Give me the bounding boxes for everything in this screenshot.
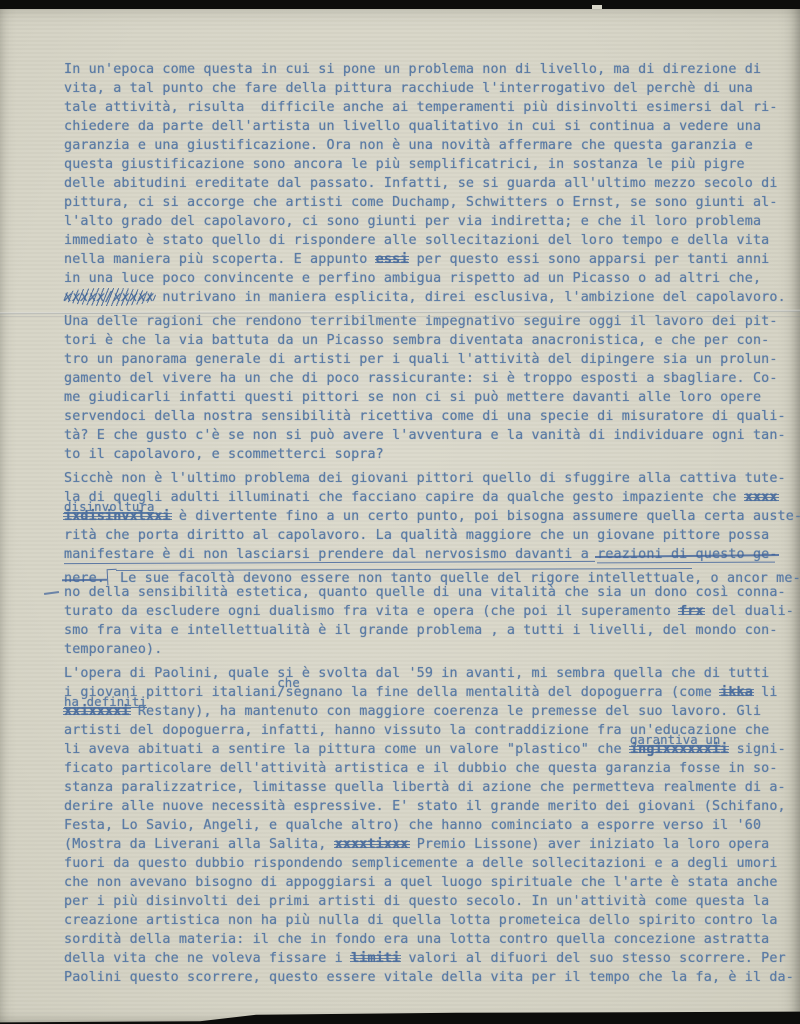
correction-group: ha definitixxixxxxi (64, 704, 130, 719)
text-line: to il capolavoro, e scommetterci sopra? (64, 447, 776, 466)
paragraph: Sicchè non è l'ultimo problema dei giova… (64, 471, 776, 661)
text-run: Sicchè non è l'ultimo problema dei giova… (64, 471, 786, 486)
text-run: valori al difuori del suo stesso scorrer… (400, 951, 786, 966)
text-line: tro un panorama generale di artisti per … (64, 352, 776, 371)
text-run: no della sensibilità estetica, quanto qu… (64, 585, 786, 600)
text-line: me giudicarli infatti questi pittori se … (64, 390, 776, 409)
text-run: li aveva abituati a sentire la pittura c… (64, 742, 630, 757)
text-run: garanzia e una giustificazione. Ora non … (64, 138, 753, 153)
text-run: è divertente fino a un certo punto, poi … (171, 509, 800, 524)
text-line: (Mostra da Liverani alla Salita, xxxxtix… (64, 837, 776, 856)
typewritten-text-block: In un'epoca come questa in cui si pone u… (64, 62, 776, 994)
text-line: no della sensibilità estetica, quanto qu… (64, 585, 776, 604)
text-line: turato da escludere ogni dualismo fra vi… (64, 604, 776, 623)
text-run: creazione artistica non ha più nulla di … (64, 913, 778, 928)
text-run: Festa, Lo Savio, Angeli, e qualche altro… (64, 818, 761, 833)
struck-text: xxxxtixxx (335, 837, 409, 852)
pen-strike-text: reazioni di questo ge- (597, 547, 777, 562)
text-run: temporaneo). (64, 642, 162, 657)
text-line: Una delle ragioni che rendono terribilme… (64, 314, 776, 333)
text-run: vita, a tal punto che fare della pittura… (64, 81, 753, 96)
struck-text: ingixxxxxxii (630, 742, 728, 757)
text-line: manifestare è di non lasciarsi prendere … (64, 547, 776, 566)
struck-text: ixdisinvxlxxi (64, 509, 171, 524)
margin-pen-dash (44, 591, 59, 595)
text-line: per i più disinvolti dei primi artisti d… (64, 894, 776, 913)
struck-text: essi (376, 252, 409, 267)
struck-text: ikka (720, 685, 753, 700)
text-line: pittura, ci si accorge che artisti come … (64, 195, 776, 214)
text-line: sordità della materia: il che in fondo e… (64, 932, 776, 951)
text-line: tà? E che gusto c'è se non si può avere … (64, 428, 776, 447)
text-line: Festa, Lo Savio, Angeli, e qualche altro… (64, 818, 776, 837)
text-line: disinvolturaixdisinvxlxxi è divertente f… (64, 509, 776, 528)
correction-group: disinvolturaixdisinvxlxxi (64, 509, 171, 524)
scanner-edge-top (0, 0, 800, 9)
pen-over-text: Le sue facoltà devono essere non tanto q… (120, 571, 702, 586)
text-run: derire alle nuove necessità espressive. … (64, 799, 786, 814)
correction-group: garantiva uningixxxxxxii (630, 742, 728, 757)
text-run: rità che porta diritto al capolavoro. La… (64, 528, 769, 543)
text-run: per questo essi sono apparsi per tanti a… (408, 252, 769, 267)
struck-text: xxxx (745, 490, 778, 505)
text-line: questa giustificazione sono ancora le pi… (64, 157, 776, 176)
text-run: (Mostra da Liverani alla Salita, (64, 837, 335, 852)
text-run: o ancor me- (702, 571, 800, 586)
text-line: in una luce poco convincente e perfino a… (64, 271, 776, 290)
text-run: Paolini questo scorrere, questo essere v… (64, 970, 794, 985)
text-run: nella maniera più scoperta. E appunto (64, 252, 376, 267)
text-run: Una delle ragioni che rendono terribilme… (64, 314, 778, 329)
text-line: la di quegli adulti illuminati che facci… (64, 490, 776, 509)
text-line: servendoci della nostra sensibilità rice… (64, 409, 776, 428)
text-line: derire alle nuove necessità espressive. … (64, 799, 776, 818)
text-line: li aveva abituati a sentire la pittura c… (64, 742, 776, 761)
text-run: che non avevano bisogno di appoggiarsi a… (64, 875, 778, 890)
text-run: chiedere da parte dell'artista un livell… (64, 119, 761, 134)
text-line: temporaneo). (64, 642, 776, 661)
typed-insertion: che (277, 676, 300, 690)
text-line: stanza paralizzatrice, limitasse quella … (64, 780, 776, 799)
text-run: Premio Lissone) aver iniziato la loro op… (409, 837, 770, 852)
text-run: servendoci della nostra sensibilità rice… (64, 409, 786, 424)
text-line: Paolini questo scorrere, questo essere v… (64, 970, 776, 989)
paragraph: L'opera di Paolini, quale si è svolta da… (64, 666, 776, 989)
text-run: delle abitudini ereditate dal passato. I… (64, 176, 778, 191)
text-run: to il capolavoro, e scommetterci sopra? (64, 447, 384, 462)
text-line: immediato è stato quello di rispondere a… (64, 233, 776, 252)
text-run: del duali- (704, 604, 794, 619)
text-line: garanzia e una giustificazione. Ora non … (64, 138, 776, 157)
text-line: L'opera di Paolini, quale si è svolta da… (64, 666, 776, 685)
text-run: gamento del vivere ha un che di poco ras… (64, 371, 778, 386)
text-run: tale attività, risulta difficile anche a… (64, 100, 778, 115)
text-line: tori è che la via battuta da un Picasso … (64, 333, 776, 352)
text-line: In un'epoca come questa in cui si pone u… (64, 62, 776, 81)
text-line: nere.Le sue facoltà devono essere non ta… (64, 566, 776, 585)
text-run: tà? E che gusto c'è se non si può avere … (64, 428, 786, 443)
text-line: vita, a tal punto che fare della pittura… (64, 81, 776, 100)
text-run: Restany), ha mantenuto con maggiore coer… (130, 704, 762, 719)
scribble-text: xxxxx/xxxxx (64, 290, 154, 305)
text-run: smo fra vita e intellettualità è il gran… (64, 623, 778, 638)
text-run: turato da escludere ogni dualismo fra vi… (64, 604, 679, 619)
text-line: tale attività, risulta difficile anche a… (64, 100, 776, 119)
text-line: Sicchè non è l'ultimo problema dei giova… (64, 471, 776, 490)
struck-text: frx (679, 604, 704, 619)
text-run: me giudicarli infatti questi pittori se … (64, 390, 761, 405)
paragraph: In un'epoca come questa in cui si pone u… (64, 62, 776, 309)
text-line: ficato particolare dell'attività artisti… (64, 761, 776, 780)
text-run: stanza paralizzatrice, limitasse quella … (64, 780, 786, 795)
text-line: fuori da questo dubbio rispondendo sempl… (64, 856, 776, 875)
text-run: questa giustificazione sono ancora le pi… (64, 157, 745, 172)
text-line: nella maniera più scoperta. E appunto es… (64, 252, 776, 271)
text-run: li (753, 685, 778, 700)
struck-text: xxixxxxi (64, 704, 130, 719)
text-line: chiedere da parte dell'artista un livell… (64, 119, 776, 138)
pen-underline-text: manifestare è di non lasciarsi prendere … (64, 547, 597, 562)
text-run: In un'epoca come questa in cui si pone u… (64, 62, 761, 77)
text-run: L'opera di Paolini, quale si è svolta da… (64, 666, 769, 681)
scanned-paper-page: In un'epoca come questa in cui si pone u… (0, 0, 800, 1024)
text-line: gamento del vivere ha un che di poco ras… (64, 371, 776, 390)
text-line: i giovani pittori italianiche/segnano la… (64, 685, 776, 704)
text-line: l'alto grado del capolavoro, ci sono giu… (64, 214, 776, 233)
text-line: delle abitudini ereditate dal passato. I… (64, 176, 776, 195)
text-run: immediato è stato quello di rispondere a… (64, 233, 769, 248)
paragraph: Una delle ragioni che rendono terribilme… (64, 314, 776, 466)
text-line: rità che porta diritto al capolavoro. La… (64, 528, 776, 547)
text-run: in una luce poco convincente e perfino a… (64, 271, 761, 286)
text-line: della vita che ne voleva fissare i limit… (64, 951, 776, 970)
text-run: la di quegli adulti illuminati che facci… (64, 490, 745, 505)
text-run: ficato particolare dell'attività artisti… (64, 761, 778, 776)
correction-group: che/ (277, 685, 285, 700)
text-run: signi- (728, 742, 785, 757)
text-run: della vita che ne voleva fissare i (64, 951, 351, 966)
text-run: pittura, ci si accorge che artisti come … (64, 195, 778, 210)
text-run: l'alto grado del capolavoro, ci sono giu… (64, 214, 761, 229)
text-line: creazione artistica non ha più nulla di … (64, 913, 776, 932)
text-run: tori è che la via battuta da un Picasso … (64, 333, 769, 348)
text-run: per i più disinvolti dei primi artisti d… (64, 894, 769, 909)
pen-strike-text: nere. (64, 571, 105, 586)
text-run: sordità della materia: il che in fondo e… (64, 932, 769, 947)
text-run: fuori da questo dubbio rispondendo sempl… (64, 856, 778, 871)
text-run: nutrivano in maniera esplicita, direi es… (154, 290, 786, 305)
text-run: segnano la fine della mentalità del dopo… (285, 685, 720, 700)
text-line: smo fra vita e intellettualità è il gran… (64, 623, 776, 642)
text-line: xxxxx/xxxxx nutrivano in maniera esplici… (64, 290, 776, 309)
struck-text: limiti (351, 951, 400, 966)
text-run: tro un panorama generale di artisti per … (64, 352, 778, 367)
text-line: ha definitixxixxxxi Restany), ha mantenu… (64, 704, 776, 723)
text-line: che non avevano bisogno di appoggiarsi a… (64, 875, 776, 894)
